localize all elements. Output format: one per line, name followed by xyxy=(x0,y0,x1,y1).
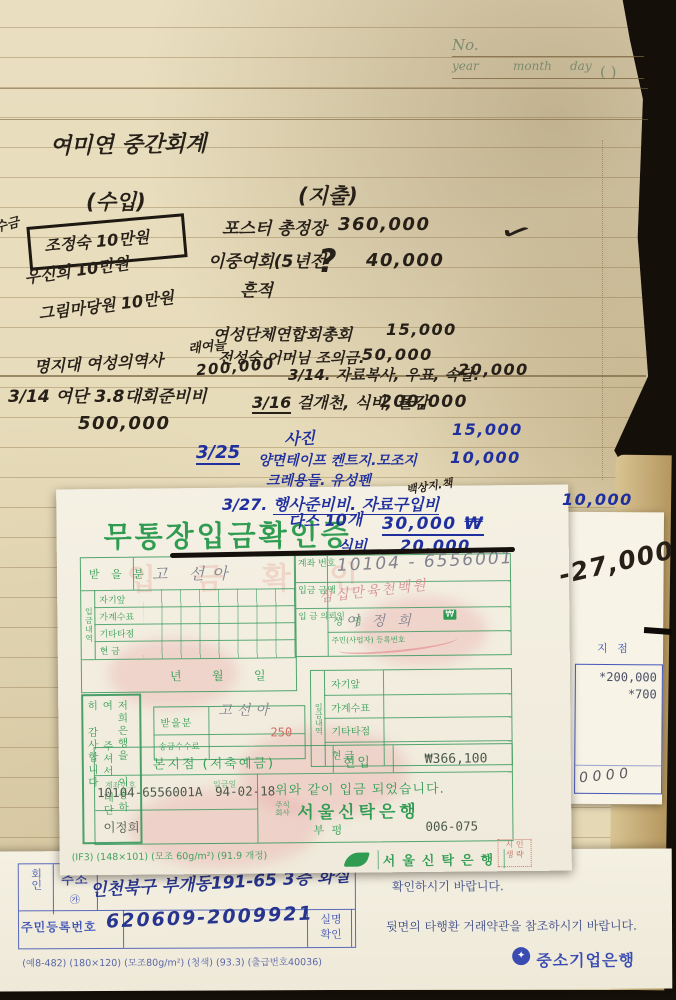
ledger-title: 여미연 중간회계 xyxy=(50,127,207,161)
recipient2-label: 받을분 xyxy=(160,714,192,729)
income-header: (수입) xyxy=(86,186,146,216)
bank-logo-icon xyxy=(344,852,370,866)
date-underline xyxy=(452,78,644,79)
expense-item: 이중여회(5년전 xyxy=(208,247,326,272)
receipt-hand-zeros: 0 0 0 0 xyxy=(579,766,629,787)
expense-item: 포스터 총정장 xyxy=(222,214,326,239)
income-date: 3/14 xyxy=(8,387,50,407)
deposit-slip: 입 금 확 인 무통장입금확인증 받 을 분 입금내역 자기앞 가계수표 기타타… xyxy=(56,485,572,876)
expense-item-blue: 자료구입비 xyxy=(362,495,439,515)
account-label: 계좌 번호 xyxy=(298,559,324,570)
amount-value: ₩366,100 xyxy=(425,751,488,767)
detail2-row-label: 가계수표 xyxy=(331,699,370,714)
ibk-bank-name: 중소기업은행 xyxy=(536,948,635,971)
branch-label: 지 점 xyxy=(597,640,631,656)
scanned-ledger-page: No. year month day ( ) 여미연 중간회계 (수입) (지출… xyxy=(0,0,676,1000)
expense-date: 3/16 xyxy=(252,393,291,414)
bank-prefix: 주식회사 xyxy=(275,801,293,818)
seal-box: 시 인 생 략 xyxy=(498,839,532,867)
expense-item-blue: 양면테이프 켄트지.모조지 xyxy=(258,450,417,470)
slip-footer-spec: (IF3) (148×101) (모조 60g/m²) (91.9 개정) xyxy=(72,847,268,863)
depositor-label: 입 금 의뢰인 xyxy=(298,612,324,622)
table-line xyxy=(95,809,257,812)
expense-item-blue: 다스 10개 xyxy=(288,507,363,533)
expense-amount: 200,000 xyxy=(380,392,468,412)
amount-box: *200,000 *700 0 0 0 0 xyxy=(574,664,663,795)
table-line xyxy=(333,746,334,773)
detail-row-label: 현 금 xyxy=(100,644,120,657)
expense-brace: ? xyxy=(318,242,337,280)
expense-date: 3/14. xyxy=(288,366,331,384)
expense-amount: 360,000 xyxy=(338,214,430,235)
income-item: 여단 3.8대회준비비 xyxy=(56,387,207,407)
detail2-row-label: 자기앞 xyxy=(331,676,360,691)
date-y-label: 년 xyxy=(170,667,182,684)
seal-line: 시 인 xyxy=(506,840,524,849)
bank-logo-text: 서울신탁은행 xyxy=(378,849,506,869)
day-label: day xyxy=(570,59,592,73)
branch-deposit-label: 본지점 (저축예금) xyxy=(153,752,275,772)
detail-row-label: 기타타점 xyxy=(99,627,134,640)
receipt-amount: *200,000 xyxy=(599,670,657,684)
table-line xyxy=(82,657,296,660)
address-mark: ㉮ xyxy=(70,895,80,906)
recipient-label: 받 을 분 xyxy=(89,566,148,583)
cash-in-label: 현입 xyxy=(343,751,372,770)
header-line-2 xyxy=(0,119,648,120)
table-line xyxy=(133,558,134,590)
verify-label: 실명확인 xyxy=(311,913,351,943)
table-line xyxy=(324,716,511,719)
branch-name: 부 평 xyxy=(313,822,344,838)
amount-grid xyxy=(143,588,296,658)
teller-name: 이정희 xyxy=(103,818,139,836)
rrn-label: 주민등록번호 xyxy=(21,918,97,935)
header-line-1 xyxy=(0,88,648,89)
form-note-1: 확인하시기 바랍니다. xyxy=(392,877,504,894)
form-footer-spec: (예8-482) (180×120) (모조80g/m²) (청색) (93.3… xyxy=(22,954,322,969)
expense-amount-blue: 30,000 ₩ xyxy=(382,514,484,536)
detail-row-label: 가계수표 xyxy=(99,610,134,623)
no-underline xyxy=(452,56,644,57)
form-note-2: 뒷면의 타행환 거래약관을 참조하시기 바랍니다. xyxy=(386,917,637,935)
expense-date-blue: 3/27. xyxy=(222,495,267,514)
detail2-row-label: 기타타점 xyxy=(331,722,370,737)
receipt-amount: *700 xyxy=(628,687,657,701)
recipient2-value: 고선아 xyxy=(218,699,274,720)
matrix-account: 10104-6556001A xyxy=(97,784,202,800)
no-label: No. xyxy=(452,36,479,54)
expense-amount: 15,000 xyxy=(386,320,457,339)
expense-amount-blue: 10,000 xyxy=(450,448,521,467)
vertical-rule xyxy=(602,140,604,480)
expense-amount: 40,000 xyxy=(366,250,444,271)
confirm-text: 위와 같이 입금 되었습니다. xyxy=(275,778,445,799)
expense-amount: 20,000 xyxy=(458,360,529,379)
bank-name: 서울신탁은행 xyxy=(297,797,420,823)
date-d-label: 일 xyxy=(254,666,266,683)
detail-row-label: 자기앞 xyxy=(99,593,125,606)
expense-item-blue: 크레용들. 유성펜 xyxy=(266,470,371,490)
expense-date-blue: 3/25 xyxy=(196,442,240,465)
amount-stamp: ₩ xyxy=(443,610,456,620)
month-label: month xyxy=(513,59,552,73)
table-line xyxy=(351,909,352,947)
date-m-label: 월 xyxy=(212,667,224,684)
table-line xyxy=(324,693,511,696)
fee-value: 250 xyxy=(270,725,292,739)
income-item-amount: 500,000 xyxy=(78,413,170,434)
branch-code: 006-075 xyxy=(425,818,478,834)
matrix-date: 94-02-18 xyxy=(215,783,275,799)
requester-label: 회인 xyxy=(19,864,54,914)
expense-header: (지출) xyxy=(298,180,358,210)
expense-item: 흔적 xyxy=(240,276,273,301)
expense-item: 여성단체연합회총회 xyxy=(213,322,352,345)
expense-amount-blue: 10,000 xyxy=(562,490,633,509)
year-label: year xyxy=(452,59,479,73)
seal-line: 생 략 xyxy=(506,850,524,859)
expense-amount-blue: 15,000 xyxy=(452,420,523,439)
table-line xyxy=(208,707,209,734)
expense-item-blue: 사진 xyxy=(283,425,315,450)
recipient-value: 고 선아 xyxy=(152,561,236,585)
expense-amount: 50,000 xyxy=(362,345,433,364)
depositor-name-value: 이 정 희 xyxy=(345,610,415,631)
table-line xyxy=(393,745,394,772)
ibk-logo-icon: ✦ xyxy=(512,947,530,965)
confirm-block: 본지점 (저축예금) 현입 ₩366,100 계좌번호 입금일 10104-65… xyxy=(94,743,514,845)
